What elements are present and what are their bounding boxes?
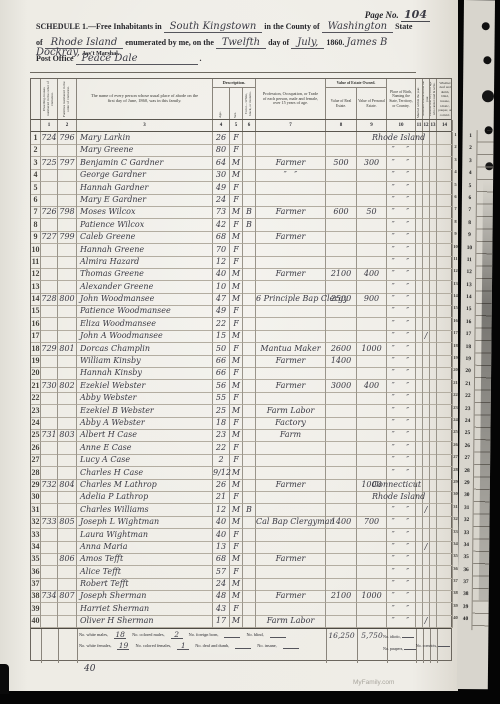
cell-cannotread — [430, 318, 437, 331]
cell-age: 24 — [213, 578, 230, 591]
cell-age: 70 — [213, 244, 230, 257]
cell-personal: 400 — [357, 380, 387, 393]
cell-real — [326, 169, 357, 182]
cell-occupation: Cal Bap Clergyman — [256, 516, 326, 529]
cell-school: / — [423, 615, 430, 628]
cell-dwelling — [41, 219, 58, 232]
cell-line: 20 — [31, 367, 41, 380]
cell-occupation — [256, 454, 326, 467]
cell-personal — [357, 615, 387, 628]
cell-cannotread — [430, 467, 437, 480]
cell-school — [423, 256, 430, 269]
cell-personal — [357, 355, 387, 368]
cell-birthplace: ″ ″ — [387, 504, 416, 517]
cell-sex: M — [230, 169, 243, 182]
cell-age: 22 — [213, 442, 230, 455]
cell-married — [416, 454, 423, 467]
column-number: 10 — [387, 120, 416, 131]
cell-birthplace: ″ ″ — [387, 392, 416, 405]
table-row: 38734807Joseph Sherman48MFarmer21001000″… — [31, 590, 451, 602]
cell-school — [423, 603, 430, 616]
cell-married — [416, 219, 423, 232]
cell-school — [423, 305, 430, 318]
line-number: 28 — [452, 464, 459, 476]
cell-name: Lucy A Case — [77, 454, 213, 467]
cell-age: 26 — [213, 479, 230, 492]
cell-personal — [357, 454, 387, 467]
cell-dwelling — [41, 182, 58, 195]
cell-remarks — [437, 603, 453, 616]
cell-personal — [357, 566, 387, 579]
line-number: 24 — [452, 414, 459, 426]
cell-line: 6 — [31, 194, 41, 207]
cell-occupation — [256, 529, 326, 542]
cell-age: 21 — [213, 491, 230, 504]
header-age-text: Age. — [219, 89, 223, 118]
cell-remarks — [437, 132, 453, 145]
cell-remarks — [437, 516, 453, 529]
cell-sex: M — [230, 231, 243, 244]
cell-school — [423, 293, 430, 306]
cell-married — [416, 429, 423, 442]
column-number: 13 — [430, 120, 437, 131]
cell-cannotread — [430, 504, 437, 517]
cell-color — [243, 491, 256, 504]
cell-occupation — [256, 244, 326, 257]
watermark: MyFamily.com — [353, 679, 394, 686]
cell-dwelling: 734 — [41, 590, 58, 603]
cell-family: 803 — [58, 429, 77, 442]
census-page: Page No. 104 SCHEDULE 1.—Free Inhabitant… — [0, 0, 458, 691]
cell-birthplace: ″ ″ — [387, 144, 416, 157]
cell-line: 12 — [31, 268, 41, 281]
line-number: 16 — [452, 315, 459, 327]
cell-dwelling — [41, 367, 58, 380]
cell-personal — [357, 318, 387, 331]
cell-personal — [357, 169, 387, 182]
year-value: 1860. — [326, 38, 344, 47]
cell-personal — [357, 305, 387, 318]
cell-birthplace: ″ ″ — [387, 429, 416, 442]
column-number-spacer — [31, 120, 41, 131]
cell-name: Anna Maria — [77, 541, 213, 554]
cell-married — [416, 541, 423, 554]
cell-line: 26 — [31, 442, 41, 455]
cell-remarks — [437, 405, 453, 418]
cell-birthplace: ″ ″ — [387, 467, 416, 480]
cell-birthplace: ″ ″ — [387, 206, 416, 219]
table-row: 22Abby Webster55F″ ″ — [31, 392, 451, 404]
cell-family — [58, 405, 77, 418]
cell-occupation — [256, 305, 326, 318]
cell-color: B — [243, 219, 256, 232]
cell-birthplace: ″ ″ — [387, 194, 416, 207]
cell-sex: M — [230, 268, 243, 281]
adjacent-line-number: 19 — [463, 353, 473, 365]
cell-line: 33 — [31, 529, 41, 542]
line-number: 23 — [452, 402, 459, 414]
cell-color: B — [243, 504, 256, 517]
cell-line: 37 — [31, 578, 41, 591]
cell-name: John A Woodmansee — [77, 330, 213, 343]
cell-real: 2100 — [326, 268, 357, 281]
cell-sex: M — [230, 405, 243, 418]
table-row: 36Alice Tefft57F″ ″ — [31, 566, 451, 578]
cell-occupation: Factory — [256, 417, 326, 430]
cell-name: Robert Tefft — [77, 578, 213, 591]
column-number: 3 — [77, 120, 213, 131]
cell-personal — [357, 504, 387, 517]
table-row: 39Harriet Sherman43F″ ″ — [31, 603, 451, 615]
cell-remarks — [437, 330, 453, 343]
white-females-value: 19 — [117, 643, 129, 650]
cell-sex: F — [230, 367, 243, 380]
cell-school — [423, 367, 430, 380]
cell-remarks — [437, 566, 453, 579]
cell-birthplace: ″ ″ — [387, 169, 416, 182]
cell-school — [423, 182, 430, 195]
cell-cannotread — [430, 219, 437, 232]
cell-dwelling — [41, 392, 58, 405]
cell-color — [243, 268, 256, 281]
cell-school — [423, 355, 430, 368]
cell-occupation — [256, 330, 326, 343]
cell-color — [243, 144, 256, 157]
cell-personal: 300 — [357, 157, 387, 170]
header-school-text: Attended School within the year. — [423, 80, 430, 118]
line-number: 4 — [452, 166, 459, 178]
header-married: Married within the year. — [416, 79, 423, 119]
line-number: 2 — [452, 141, 459, 153]
cell-name: Hannah Kinsby — [77, 367, 213, 380]
cell-family: 802 — [58, 380, 77, 393]
cell-cannotread — [430, 231, 437, 244]
cell-cannotread — [430, 541, 437, 554]
line-number: 6 — [452, 191, 459, 203]
post-office-label: Post Office — [36, 54, 74, 63]
table-body: 1724796Mary Larkin26FRhode Island2Mary G… — [31, 132, 451, 628]
line-number: 9 — [452, 228, 459, 240]
cell-name: Abby A Webster — [77, 417, 213, 430]
cell-remarks — [437, 144, 453, 157]
cell-school — [423, 553, 430, 566]
adjacent-line-number: 6 — [465, 192, 475, 204]
cell-married — [416, 281, 423, 294]
cell-age: 23 — [213, 429, 230, 442]
cell-cannotread — [430, 405, 437, 418]
bottom-page-note: 40 — [84, 664, 95, 674]
cell-name: Harriet Sherman — [77, 603, 213, 616]
cell-sex: M — [230, 467, 243, 480]
line-number: 15 — [452, 302, 459, 314]
cell-cannotread — [430, 578, 437, 591]
line-number: 18 — [452, 340, 459, 352]
cell-married — [416, 318, 423, 331]
cell-age: 48 — [213, 590, 230, 603]
cell-dwelling — [41, 566, 58, 579]
cell-school — [423, 281, 430, 294]
cell-personal — [357, 467, 387, 480]
cell-remarks — [437, 206, 453, 219]
table-row: 37Robert Tefft24M″ ″ — [31, 578, 451, 590]
footer-convicts: No. convicts, — [416, 642, 450, 648]
cell-married — [416, 355, 423, 368]
cell-cannotread — [430, 380, 437, 393]
cell-sex: M — [230, 380, 243, 393]
cell-remarks — [437, 553, 453, 566]
cell-remarks — [437, 454, 453, 467]
adjacent-line-number: 4 — [465, 167, 475, 179]
cell-personal: 400 — [357, 268, 387, 281]
cell-age: 50 — [213, 343, 230, 356]
cell-color — [243, 405, 256, 418]
cell-dwelling — [41, 318, 58, 331]
line-number: 3 — [452, 154, 459, 166]
cell-remarks — [437, 182, 453, 195]
cell-occupation — [256, 219, 326, 232]
table-row: 17John A Woodmansee15M″ ″/ — [31, 330, 451, 342]
adjacent-line-number: 31 — [462, 502, 472, 514]
cell-remarks — [437, 615, 453, 628]
cell-line: 31 — [31, 504, 41, 517]
cell-line: 4 — [31, 169, 41, 182]
white-males-label: No. white males, — [79, 632, 108, 639]
cell-cannotread — [430, 293, 437, 306]
cell-color — [243, 590, 256, 603]
cell-remarks — [437, 491, 453, 504]
cell-sex: F — [230, 318, 243, 331]
cell-birthplace: ″ ″ — [387, 293, 416, 306]
cell-family — [58, 318, 77, 331]
cell-name: Albert H Case — [77, 429, 213, 442]
cell-age: 73 — [213, 206, 230, 219]
cell-sex: M — [230, 206, 243, 219]
cell-occupation: Farm — [256, 429, 326, 442]
column-number: 2 — [58, 120, 77, 131]
cell-personal — [357, 541, 387, 554]
cell-married — [416, 206, 423, 219]
cell-sex: F — [230, 566, 243, 579]
cell-color — [243, 256, 256, 269]
cell-age: 18 — [213, 417, 230, 430]
cell-family: 804 — [58, 479, 77, 492]
line-number: 19 — [452, 352, 459, 364]
cell-sex: F — [230, 182, 243, 195]
cell-married — [416, 343, 423, 356]
cell-occupation — [256, 392, 326, 405]
table-row: 20Hannah Kinsby66F″ ″ — [31, 367, 451, 379]
cell-remarks — [437, 417, 453, 430]
cell-family — [58, 454, 77, 467]
cell-occupation: Farmer — [256, 157, 326, 170]
cell-occupation — [256, 256, 326, 269]
cell-cannotread — [430, 429, 437, 442]
line-number: 10 — [452, 241, 459, 253]
line-number: 11 — [452, 253, 459, 265]
cell-cannotread — [430, 144, 437, 157]
cell-birthplace: ″ ″ — [387, 541, 416, 554]
cell-line: 7 — [31, 206, 41, 219]
cell-remarks — [437, 590, 453, 603]
cell-sex: M — [230, 590, 243, 603]
column-number: 7 — [256, 120, 326, 131]
cell-dwelling: 727 — [41, 231, 58, 244]
header-family: Families numbered in the order of visita… — [58, 79, 77, 119]
census-table: Dwelling-houses numbered in the order of… — [30, 78, 452, 661]
table-row: 4George Gardner30M″ ″″ ″ — [31, 169, 451, 181]
cell-line: 3 — [31, 157, 41, 170]
cell-name: William Kinsby — [77, 355, 213, 368]
header-birthplace-text: Place of Birth, Naming the State, Territ… — [388, 90, 414, 108]
post-office-period: . — [200, 54, 202, 63]
cell-married — [416, 417, 423, 430]
cell-occupation — [256, 504, 326, 517]
cell-cannotread — [430, 516, 437, 529]
cell-married — [416, 157, 423, 170]
cell-real — [326, 219, 357, 232]
cell-dwelling — [41, 417, 58, 430]
cell-cannotread — [430, 244, 437, 257]
cell-age: 22 — [213, 318, 230, 331]
cell-occupation — [256, 541, 326, 554]
cell-school — [423, 157, 430, 170]
cell-real — [326, 281, 357, 294]
cell-line: 38 — [31, 590, 41, 603]
cell-cannotread — [430, 132, 437, 145]
adjacent-line-number: 39 — [461, 601, 471, 613]
cell-age: 15 — [213, 330, 230, 343]
cell-occupation — [256, 566, 326, 579]
cell-sex: F — [230, 454, 243, 467]
county-label: in the County of — [264, 22, 319, 31]
table-row: 11Almira Hazard12F″ ″ — [31, 256, 451, 268]
cell-sex: F — [230, 603, 243, 616]
cell-personal — [357, 231, 387, 244]
cell-remarks — [437, 244, 453, 257]
cell-school — [423, 219, 430, 232]
header-personal-estate: Value of Personal Estate. — [357, 88, 387, 119]
cell-school — [423, 244, 430, 257]
cell-personal — [357, 442, 387, 455]
cell-dwelling — [41, 442, 58, 455]
cell-married — [416, 529, 423, 542]
cell-name: Oliver H Sherman — [77, 615, 213, 628]
insane-label: No. insane, — [257, 643, 276, 650]
column-number: 9 — [357, 120, 387, 131]
header-married-text: Married within the year. — [417, 80, 421, 118]
cell-personal: 700 — [357, 516, 387, 529]
cell-school — [423, 144, 430, 157]
cell-birthplace: ″ ″ — [387, 256, 416, 269]
cell-remarks — [437, 293, 453, 306]
cell-family — [58, 281, 77, 294]
header-cannot-read: Persons over 20 y'rs of age who cannot r… — [430, 79, 437, 119]
column-number: 12 — [423, 120, 430, 131]
cell-birthplace: ″ ″ — [387, 367, 416, 380]
cell-color — [243, 467, 256, 480]
cell-family — [58, 491, 77, 504]
cell-color — [243, 442, 256, 455]
foreign-born-label: No. foreign born, — [189, 632, 219, 639]
cell-line: 8 — [31, 219, 41, 232]
header-value-group: Value of Estate Owned. — [326, 79, 387, 88]
cell-occupation — [256, 442, 326, 455]
column-number: 5 — [230, 120, 243, 131]
cell-sex: M — [230, 504, 243, 517]
cell-birthplace: Rhode Island — [387, 132, 416, 145]
cell-married — [416, 268, 423, 281]
table-row: 10Hannah Greene70F″ ″ — [31, 244, 451, 256]
cell-occupation — [256, 194, 326, 207]
month-value: July, — [291, 37, 324, 49]
cell-school — [423, 578, 430, 591]
line-number: 14 — [452, 290, 459, 302]
cell-sex: F — [230, 132, 243, 145]
cell-family — [58, 144, 77, 157]
cell-line: 19 — [31, 355, 41, 368]
cell-birthplace: ″ ″ — [387, 590, 416, 603]
cell-sex: F — [230, 491, 243, 504]
adjacent-line-number: 2 — [465, 142, 475, 154]
line-number: 13 — [452, 278, 459, 290]
white-females-label: No. white females, — [79, 643, 111, 650]
cell-family — [58, 244, 77, 257]
line-number: 21 — [452, 377, 459, 389]
colored-males-label: No. colored males, — [132, 632, 164, 639]
table-row: 18729801Dorcas Champlin50FMantua Maker26… — [31, 343, 451, 355]
cell-personal: 1000 — [357, 590, 387, 603]
table-row: 3725797Benjamin C Gardner64MFarmer500300… — [31, 157, 451, 169]
adjacent-line-number: 13 — [464, 279, 474, 291]
cell-age: 64 — [213, 157, 230, 170]
state-word: State — [395, 22, 412, 31]
cell-color — [243, 132, 256, 145]
cell-married — [416, 566, 423, 579]
adjacent-line-number: 33 — [461, 527, 471, 539]
cell-married — [416, 516, 423, 529]
cell-occupation: Farmer — [256, 553, 326, 566]
cell-name: Abby Webster — [77, 392, 213, 405]
adjacent-line-number: 14 — [464, 291, 474, 303]
table-header: Dwelling-houses numbered in the order of… — [31, 79, 451, 120]
of-word: of — [36, 38, 43, 47]
cell-dwelling: 730 — [41, 380, 58, 393]
cell-remarks — [437, 467, 453, 480]
cell-name: Mary E Gardner — [77, 194, 213, 207]
cell-color — [243, 541, 256, 554]
cell-name: Dorcas Champlin — [77, 343, 213, 356]
cell-age: 66 — [213, 367, 230, 380]
page-no-label: Page No. — [365, 10, 399, 20]
cell-real — [326, 442, 357, 455]
cell-line: 39 — [31, 603, 41, 616]
cell-personal — [357, 392, 387, 405]
cell-school — [423, 268, 430, 281]
cell-color — [243, 417, 256, 430]
cell-color — [243, 566, 256, 579]
adjacent-line-number: 20 — [463, 365, 473, 377]
cell-dwelling: 724 — [41, 132, 58, 145]
cell-name: George Gardner — [77, 169, 213, 182]
cell-name: Patience Wilcox — [77, 219, 213, 232]
cell-dwelling — [41, 615, 58, 628]
cell-cannotread — [430, 305, 437, 318]
cell-occupation — [256, 281, 326, 294]
cell-age: 2 — [213, 454, 230, 467]
cell-occupation — [256, 182, 326, 195]
scan-corner-shadow — [0, 664, 9, 694]
adjacent-line-number: 18 — [463, 341, 473, 353]
